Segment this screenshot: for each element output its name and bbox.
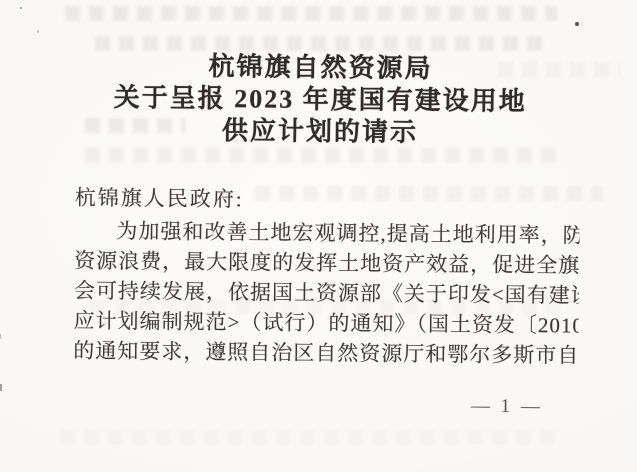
document-body: 为加强和改善土地宏观调控,提高土地利用率，防止土地 资源浪费，最大限度的发挥土地… [73,216,579,371]
salutation: 杭锦旗人民政府: [75,184,578,217]
body-line-1: 为加强和改善土地宏观调控,提高土地利用率，防止土地 [74,216,579,251]
scanned-document-page: 杭锦旗自然资源局 关于呈报 2023 年度国有建设用地 供应计划的请示 杭锦旗人… [0,0,637,472]
body-line-2: 资源浪费，最大限度的发挥土地资产效益，促进全旗经济和社 [74,246,579,281]
document-content: 杭锦旗自然资源局 关于呈报 2023 年度国有建设用地 供应计划的请示 杭锦旗人… [0,0,637,472]
body-line-3: 会可持续发展，依据国土资源部《关于印发<国有建设用地供 [74,276,579,311]
document-title: 杭锦旗自然资源局 关于呈报 2023 年度国有建设用地 供应计划的请示 [41,49,599,150]
title-line-2: 关于呈报 2023 年度国有建设用地 [42,81,599,118]
page-number: — 1 — [471,395,543,418]
title-line-1: 杭锦旗自然资源局 [42,49,599,86]
title-line-3: 供应计划的请示 [41,113,598,150]
body-line-5: 的通知要求，遵照自治区自然资源厅和鄂尔多斯市自然资源局 [73,336,578,371]
body-line-4: 应计划编制规范>（试行）的通知》（国土资发〔2010〕117 号） [73,306,578,341]
